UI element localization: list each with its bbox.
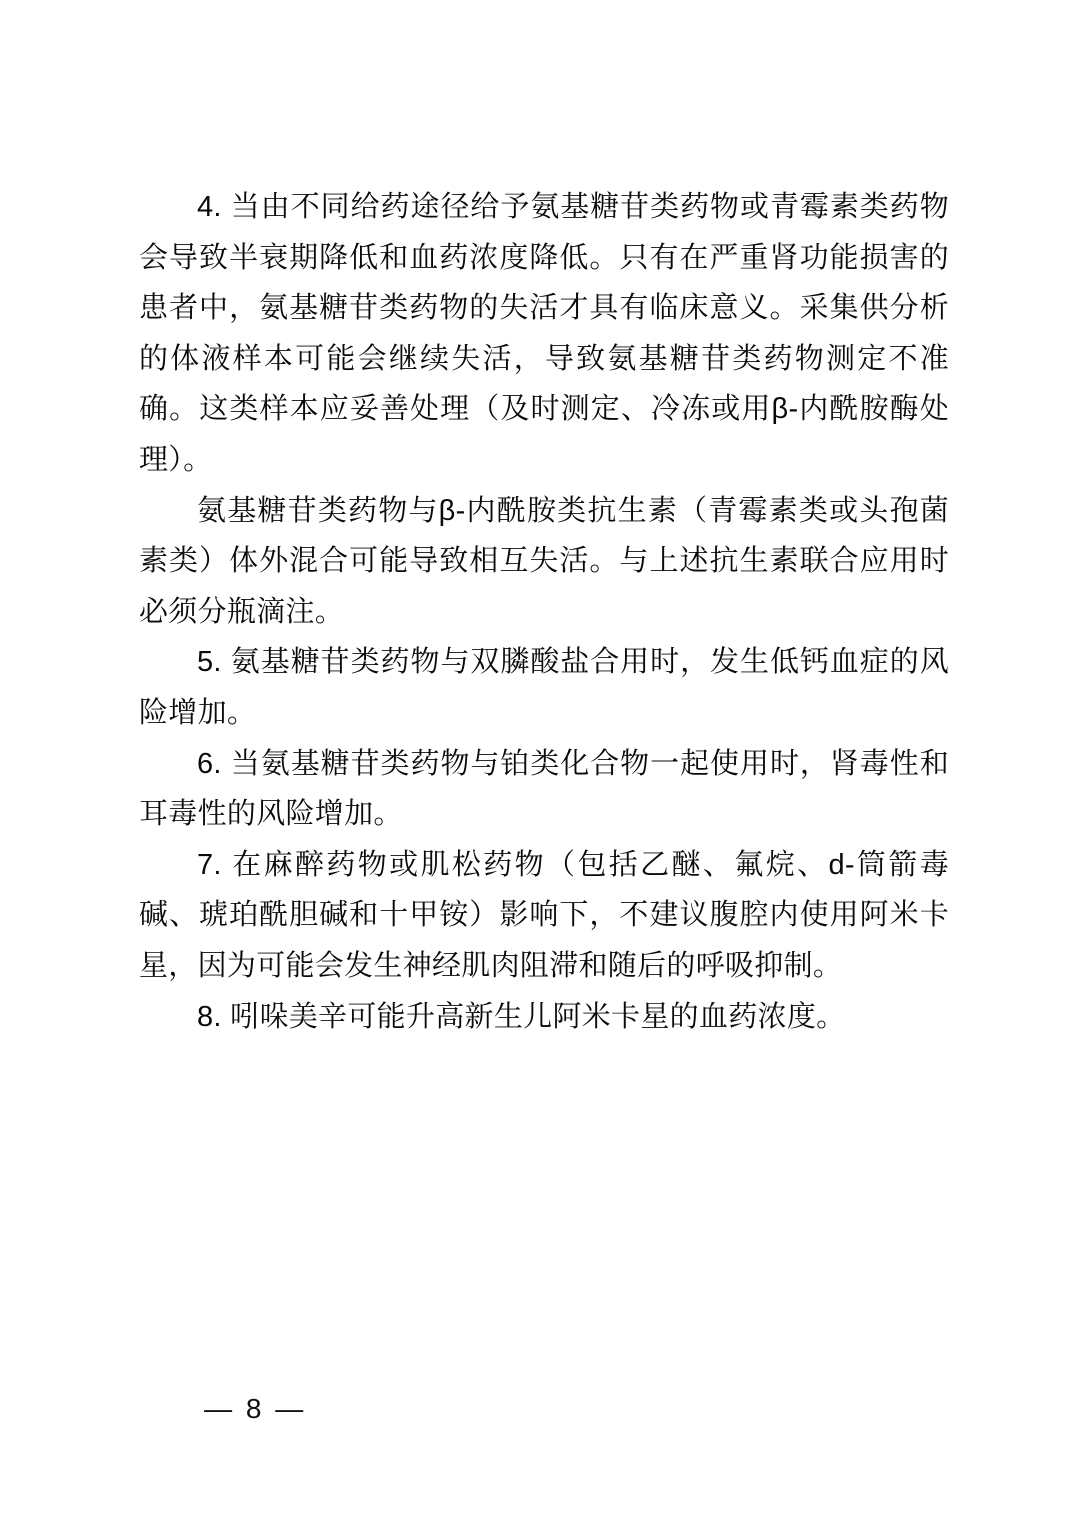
page-footer: — 8 — <box>161 1358 306 1460</box>
paragraph-item-4: 4. 当由不同给药途径给予氨基糖苷类药物或青霉素类药物会导致半衰期降低和血药浓度… <box>139 182 949 486</box>
paragraph-item-6: 6. 当氨基糖苷类药物与铂类化合物一起使用时，肾毒性和耳毒性的风险增加。 <box>139 739 949 840</box>
paragraph-item-5: 5. 氨基糖苷类药物与双膦酸盐合用时，发生低钙血症的风险增加。 <box>139 637 949 738</box>
paragraph-item-7: 7. 在麻醉药物或肌松药物（包括乙醚、氟烷、d-筒箭毒碱、琥珀酰胆碱和十甲铵）影… <box>139 840 949 992</box>
paragraph-item-8: 8. 吲哚美辛可能升高新生儿阿米卡星的血药浓度。 <box>139 992 949 1043</box>
paragraph-beta-lactam-note: 氨基糖苷类药物与β-内酰胺类抗生素（青霉素类或头孢菌素类）体外混合可能导致相互失… <box>139 486 949 638</box>
document-page: 4. 当由不同给药途径给予氨基糖苷类药物或青霉素类药物会导致半衰期降低和血药浓度… <box>0 0 1080 1526</box>
page-number-label: — 8 — <box>204 1393 306 1424</box>
page-body-text: 4. 当由不同给药途径给予氨基糖苷类药物或青霉素类药物会导致半衰期降低和血药浓度… <box>139 182 949 1042</box>
